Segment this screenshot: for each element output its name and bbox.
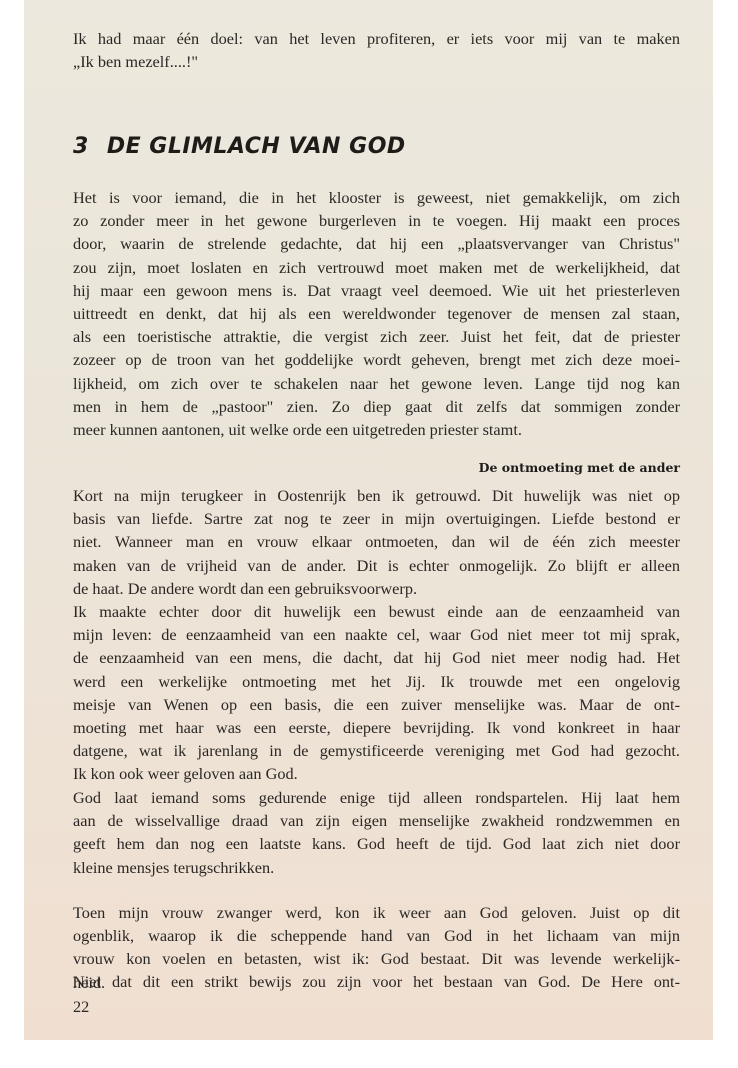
text-line: aan de wisselvallige draad van zijn eige… — [73, 809, 680, 832]
text-line: basis van liefde. Sartre zat nog te zeer… — [73, 507, 680, 530]
chapter-title: DE GLIMLACH VAN GOD — [107, 134, 406, 159]
text-line: Niet dat dit een strikt bewijs zou zijn … — [73, 970, 680, 993]
book-page: Ik had maar één doel: van het leven prof… — [24, 0, 713, 1040]
text-line: Ik had maar één doel: van het leven prof… — [73, 27, 680, 50]
text-line: zou zijn, moet loslaten en zich vertrouw… — [73, 256, 680, 279]
text-line: men in hem de „pastoor" zien. Zo diep ga… — [73, 395, 680, 418]
paragraph-1: Het is voor iemand, die in het klooster … — [73, 186, 680, 441]
chapter-heading: 3DE GLIMLACH VAN GOD — [73, 134, 406, 159]
text-line: maken van de vrijheid van de ander. Dit … — [73, 554, 680, 577]
text-line: „Ik ben mezelf....!" — [73, 50, 680, 73]
text-line: Kort na mijn terugkeer in Oostenrijk ben… — [73, 484, 680, 507]
text-line: door, waarin de strelende gedachte, dat … — [73, 232, 680, 255]
text-line: niet. Wanneer man en vrouw elkaar ontmoe… — [73, 530, 680, 553]
text-line: de eenzaamheid van een mens, die dacht, … — [73, 646, 680, 669]
text-line: werd een werkelijke ontmoeting met het J… — [73, 670, 680, 693]
text-line: Ik kon ook weer geloven aan God. — [73, 762, 680, 785]
paragraph-3: God laat iemand soms gedurende enige tij… — [73, 786, 680, 879]
text-line: vrouw kon voelen en betasten, wist ik: G… — [73, 947, 680, 970]
text-line: moeting met haar was een eerste, diepere… — [73, 716, 680, 739]
text-line: hij maar een gewoon mens is. Dat vraagt … — [73, 279, 680, 302]
text-line: Het is voor iemand, die in het klooster … — [73, 186, 680, 209]
intro-paragraph: Ik had maar één doel: van het leven prof… — [73, 27, 680, 73]
text-line: de haat. De andere wordt dan een gebruik… — [73, 577, 680, 600]
chapter-number: 3 — [73, 134, 89, 159]
text-line: zo zonder meer in het gewone burgerleven… — [73, 209, 680, 232]
paragraph-2: Kort na mijn terugkeer in Oostenrijk ben… — [73, 484, 680, 786]
text-line: kleine mensjes terugschrikken. — [73, 856, 680, 879]
text-line: als een toeristische attraktie, die verg… — [73, 325, 680, 348]
text-line: Ik maakte echter door dit huwelijk een b… — [73, 600, 680, 623]
text-line: geeft hem dan nog een laatste kans. God … — [73, 832, 680, 855]
text-line: meer kunnen aantonen, uit welke orde een… — [73, 418, 680, 441]
text-line: uittreedt en denkt, dat hij als een were… — [73, 302, 680, 325]
text-line: ogenblik, waarop ik die scheppende hand … — [73, 924, 680, 947]
text-line: lijkheid, om zich over te schakelen naar… — [73, 372, 680, 395]
text-line: zozeer op de troon van het goddelijke wo… — [73, 348, 680, 371]
text-line: datgene, wat ik jarenlang in de gemystif… — [73, 739, 680, 762]
section-subheading: De ontmoeting met de ander — [479, 460, 680, 475]
paragraph-5: Niet dat dit een strikt bewijs zou zijn … — [73, 970, 680, 993]
text-line: God laat iemand soms gedurende enige tij… — [73, 786, 680, 809]
text-line: meisje van Wenen op een basis, die een z… — [73, 693, 680, 716]
text-line: Toen mijn vrouw zwanger werd, kon ik wee… — [73, 901, 680, 924]
page-number: 22 — [73, 995, 89, 1018]
text-line: mijn leven: de eenzaamheid van een naakt… — [73, 623, 680, 646]
